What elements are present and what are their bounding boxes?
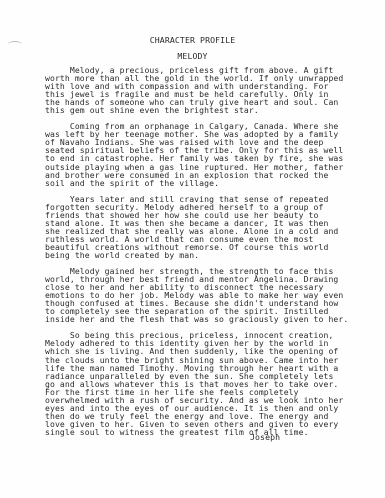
text-line: single soul to witness the greatest film… bbox=[45, 428, 355, 436]
character-name-heading: MELODY bbox=[0, 51, 385, 61]
author-signature: Joseph bbox=[250, 432, 280, 442]
paragraph-2: Coming from an orphanage in Calgary, Can… bbox=[45, 122, 355, 186]
document-body: Melody, a precious, priceless gift from … bbox=[45, 66, 355, 444]
document-title: CHARACTER PROFILE bbox=[0, 35, 385, 45]
text-line: this gem out shine even the brightest st… bbox=[45, 106, 355, 114]
paragraph-1: Melody, a precious, priceless gift from … bbox=[45, 66, 355, 114]
text-line: inside her and the flesh that was so gra… bbox=[45, 315, 355, 323]
text-line: soil and the spirit of the village. bbox=[45, 179, 355, 187]
paragraph-5: So being this precious, priceless, innoc… bbox=[45, 331, 355, 436]
text-line: being the world created by man. bbox=[45, 251, 355, 259]
document-page: CHARACTER PROFILE MELODY Melody, a preci… bbox=[0, 0, 385, 498]
paragraph-4: Melody gained her strength, the strength… bbox=[45, 267, 355, 323]
paragraph-3: Years later and still craving that sense… bbox=[45, 195, 355, 259]
